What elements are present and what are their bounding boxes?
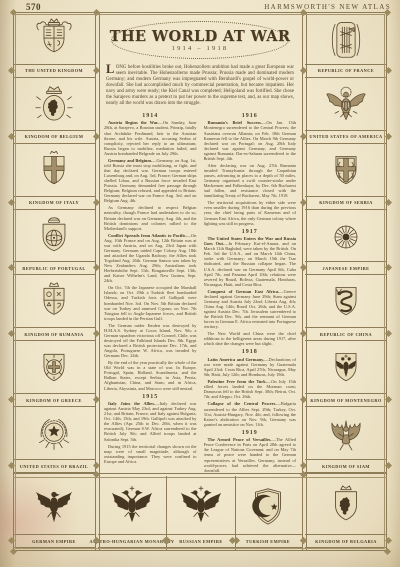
paragraph-text: The territorial acquisitions by either s…: [204, 200, 297, 225]
emblem-label: KINGDOM OF BELGIUM: [25, 134, 84, 139]
emblem-cell: REPUBLIC OF PORTUGAL: [13, 210, 95, 276]
montenegro-double-eagle-shield-icon: [305, 342, 387, 394]
year-heading-1916: 1916: [204, 113, 297, 119]
emblem-cell: KINGDOM OF BELGIUM: [13, 78, 95, 144]
paragraph: The German raider Emden was destroyed by…: [104, 323, 197, 358]
emblem-cell: KINGDOM OF SIAM: [305, 407, 387, 473]
paragraph: The Armed Peace of Versailles.—The Allie…: [204, 437, 297, 472]
usa-eagle-icon: [305, 79, 387, 131]
page-number: 570: [26, 2, 41, 12]
text-columns: 1914 Austria Begins the War.—On Sunday, …: [104, 110, 296, 473]
emblem-label: UNITED STATES OF BRAZIL: [20, 464, 88, 469]
paragraph-text: After declaring war on Aug. 27th Rumania…: [204, 163, 297, 198]
emblem-column-left: THE UNITED KINGDOM KINGDOM OF BELGIUM: [13, 12, 95, 473]
emblem-label: REPUBLIC OF CHINA: [320, 332, 372, 337]
turkey-crescent-shield-icon: [234, 476, 302, 535]
emblem-label-bar: RUSSIAN EMPIRE: [167, 534, 235, 548]
paragraph: The New World and China were the chief a…: [204, 331, 297, 346]
austro-hungarian-double-eagle-icon: [98, 476, 166, 535]
paragraph: Germany and Belgium.—Germany, on Aug. 1s…: [104, 158, 197, 204]
emblem-label: KINGDOM OF SIAM: [322, 464, 370, 469]
emblem-cell: JAPANESE EMPIRE: [305, 210, 387, 276]
paragraph: Italy Joins the Allies.—Italy declared w…: [104, 401, 197, 442]
emblem-label: KINGDOM OF MONTENEGRO: [310, 398, 381, 403]
paragraph-text: —Greece declared against Germany June 29…: [204, 289, 297, 329]
emblem-label: TURKISH EMPIRE: [246, 539, 290, 544]
emblem-label: RUSSIAN EMPIRE: [179, 539, 222, 544]
paragraph-text: —Germany, on Aug. 1st, told Russia she m…: [104, 158, 197, 204]
emblem-label-bar: THE UNITED KINGDOM: [13, 64, 95, 78]
emblem-cell: KINGDOM OF ITALY: [13, 144, 95, 210]
emblem-label-bar: AUSTRO-HUNGARIAN MONARCHY: [98, 534, 166, 548]
emblem-cell: TURKISH EMPIRE: [234, 476, 302, 551]
japan-chrysanthemum-icon: [305, 211, 387, 263]
paragraph: Conflict Spreads from Atlantic to Pacifi…: [104, 233, 197, 284]
emblem-cell: GERMAN EMPIRE: [13, 476, 95, 551]
greece-cross-shield-icon: [13, 342, 95, 394]
main-text-area: THE WORLD AT WAR 1914 – 1918 LONG before…: [98, 12, 302, 473]
intro-paragraph: LONG before hostilities broke out, Hohen…: [106, 65, 294, 107]
emblem-label-bar: UNITED STATES OF AMERICA: [305, 130, 387, 144]
year-heading-1919: 1919: [204, 430, 297, 436]
emblem-cell: AUSTRO-HUNGARIAN MONARCHY: [98, 476, 166, 551]
china-dragon-shield-icon: [305, 276, 387, 328]
year-heading-1917: 1917: [204, 229, 297, 235]
emblem-label: KINGDOM OF BULGARIA: [315, 539, 377, 544]
emblem-cell: KINGDOM OF RUMANIA: [13, 275, 95, 341]
portugal-armillary-icon: [13, 211, 95, 263]
paragraph: The territorial acquisitions by either s…: [204, 200, 297, 225]
paragraph-text: —Italy declared war against Austria May …: [104, 401, 197, 441]
paragraph: Latin America and Germany.—Declarations …: [204, 357, 297, 377]
paragraph-text: —The Allied Peace Conference in Paris on…: [204, 437, 297, 472]
emblem-label: REPUBLIC OF PORTUGAL: [22, 266, 85, 271]
paragraph-text: As Germany declined to respect Belgian n…: [104, 205, 197, 230]
emblem-cell: KINGDOM OF MONTENEGRO: [305, 341, 387, 407]
belgium-crowned-lion-icon: [13, 79, 95, 131]
emblem-label-bar: JAPANESE EMPIRE: [305, 261, 387, 275]
siam-garuda-icon: [305, 408, 387, 460]
emblem-label-bar: REPUBLIC OF FRANCE: [305, 64, 387, 78]
emblem-label-bar: REPUBLIC OF PORTUGAL: [13, 261, 95, 275]
emblem-label-bar: KINGDOM OF BELGIUM: [13, 130, 95, 144]
emblem-label-bar: KINGDOM OF BULGARIA: [305, 534, 387, 548]
emblem-label-bar: KINGDOM OF GREECE: [13, 393, 95, 407]
emblem-label: JAPANESE EMPIRE: [323, 266, 370, 271]
serbia-cross-shield-icon: [305, 145, 387, 197]
emblem-label-bar: GERMAN EMPIRE: [13, 534, 95, 548]
year-heading-1918: 1918: [204, 349, 297, 355]
emblem-cell: REPUBLIC OF FRANCE: [305, 12, 387, 78]
ornamental-frame: THE UNITED KINGDOM KINGDOM OF BELGIUM: [13, 12, 387, 551]
paragraph: Conquest of German East Africa.—Greece d…: [204, 289, 297, 330]
emblem-cell: KINGDOM OF BULGARIA: [305, 476, 387, 551]
text-column-left: 1914 Austria Begins the War.—On Sunday, …: [104, 110, 197, 473]
emblem-label: GERMAN EMPIRE: [32, 539, 76, 544]
emblem-label-bar: REPUBLIC OF CHINA: [305, 327, 387, 341]
emblem-label: UNITED STATES OF AMERICA: [309, 134, 382, 139]
paragraph: On Oct. 7th the Japanese occupied the Ma…: [104, 285, 197, 320]
drop-cap: L: [106, 65, 116, 75]
year-heading-1914: 1914: [104, 113, 197, 119]
paragraph: By the end of the year practically the w…: [104, 360, 197, 390]
bulgaria-lion-shield-icon: [305, 476, 387, 535]
uk-royal-arms-icon: [13, 13, 95, 65]
paragraph-text: During 1915 the territorial changes show…: [104, 444, 197, 464]
emblem-label-bar: KINGDOM OF SERBIA: [305, 196, 387, 210]
atlas-page: 570 HARMSWORTH'S NEW ATLAS: [0, 0, 400, 567]
paragraph-text: —On Sunday, June 28th, at Sarajevo, a Bo…: [104, 120, 197, 155]
paragraph: Austria Begins the War.—On Sunday, June …: [104, 120, 197, 155]
year-heading-1915: 1915: [104, 394, 197, 400]
text-column-right: 1916 Rumania's Brief Success.—On Jan. 13…: [204, 110, 297, 473]
emblem-label: KINGDOM OF RUMANIA: [24, 332, 83, 337]
italy-cross-shield-icon: [13, 145, 95, 197]
paragraph: Palestine Free from the Turk.—On July 15…: [204, 379, 297, 399]
emblem-cell: RUSSIAN EMPIRE: [166, 476, 236, 551]
emblem-label: KINGDOM OF ITALY: [29, 200, 79, 205]
emblem-cell: KINGDOM OF SERBIA: [305, 144, 387, 210]
emblem-cell: THE UNITED KINGDOM: [13, 12, 95, 78]
emblem-label: KINGDOM OF SERBIA: [319, 200, 373, 205]
paragraph: Rumania's Brief Success.—On Jan. 13th Mo…: [204, 120, 297, 161]
france-fasces-icon: [305, 13, 387, 65]
emblem-cell: KINGDOM OF GREECE: [13, 341, 95, 407]
paragraph-text: —In February Kut-el-Amara, and on March …: [204, 241, 297, 287]
emblem-label-bar: KINGDOM OF RUMANIA: [13, 327, 95, 341]
russian-double-eagle-icon: [167, 476, 235, 535]
emblem-row-bottom: GERMAN EMPIRE AUSTRO-: [13, 476, 387, 551]
title-cartouche: THE WORLD AT WAR 1914 – 1918: [111, 21, 289, 59]
paragraph-text: —On Jan. 13th Montenegro surrendered to …: [204, 120, 297, 160]
paragraph-text: —On Aug. 10th France and on Aug. 12th Br…: [104, 233, 197, 284]
paragraph: As Germany declined to respect Belgian n…: [104, 205, 197, 230]
emblem-cell: REPUBLIC OF CHINA: [305, 275, 387, 341]
paragraph: After declaring war on Aug. 27th Rumania…: [204, 163, 297, 198]
paragraph-text: The German raider Emden was destroyed by…: [104, 323, 197, 358]
paragraph-text: On Oct. 7th the Japanese occupied the Ma…: [104, 285, 197, 320]
atlas-running-title: HARMSWORTH'S NEW ATLAS: [264, 3, 391, 11]
intro-text: ONG before hostilities broke out, Hohenz…: [106, 65, 294, 106]
paragraph-text: The New World and China were the chief a…: [204, 331, 297, 346]
emblem-label: THE UNITED KINGDOM: [25, 68, 83, 73]
emblem-label-bar: KINGDOM OF SIAM: [305, 459, 387, 473]
brazil-celestial-badge-icon: [13, 408, 95, 460]
emblem-label-bar: KINGDOM OF ITALY: [13, 196, 95, 210]
emblem-cell: UNITED STATES OF BRAZIL: [13, 407, 95, 473]
paragraph: The United States Enters the War and Rus…: [204, 236, 297, 287]
emblem-label: KINGDOM OF GREECE: [26, 398, 82, 403]
emblem-label-bar: UNITED STATES OF BRAZIL: [13, 459, 95, 473]
emblem-label-bar: KINGDOM OF MONTENEGRO: [305, 393, 387, 407]
german-imperial-eagle-icon: [13, 476, 95, 535]
page-title: THE WORLD AT WAR: [110, 28, 291, 45]
emblem-label-bar: TURKISH EMPIRE: [234, 534, 302, 548]
rumania-quartered-shield-icon: [13, 276, 95, 328]
emblem-cell: UNITED STATES OF AMERICA: [305, 78, 387, 144]
paragraph: During 1915 the territorial changes show…: [104, 444, 197, 464]
emblem-label: REPUBLIC OF FRANCE: [318, 68, 374, 73]
paragraph-text: By the end of the year practically the w…: [104, 360, 197, 390]
emblem-column-right: REPUBLIC OF FRANCE UN: [305, 12, 387, 473]
paragraph: Collapse of the Central Powers.—Bulgaria…: [204, 401, 297, 426]
title-years: 1914 – 1918: [172, 45, 229, 52]
